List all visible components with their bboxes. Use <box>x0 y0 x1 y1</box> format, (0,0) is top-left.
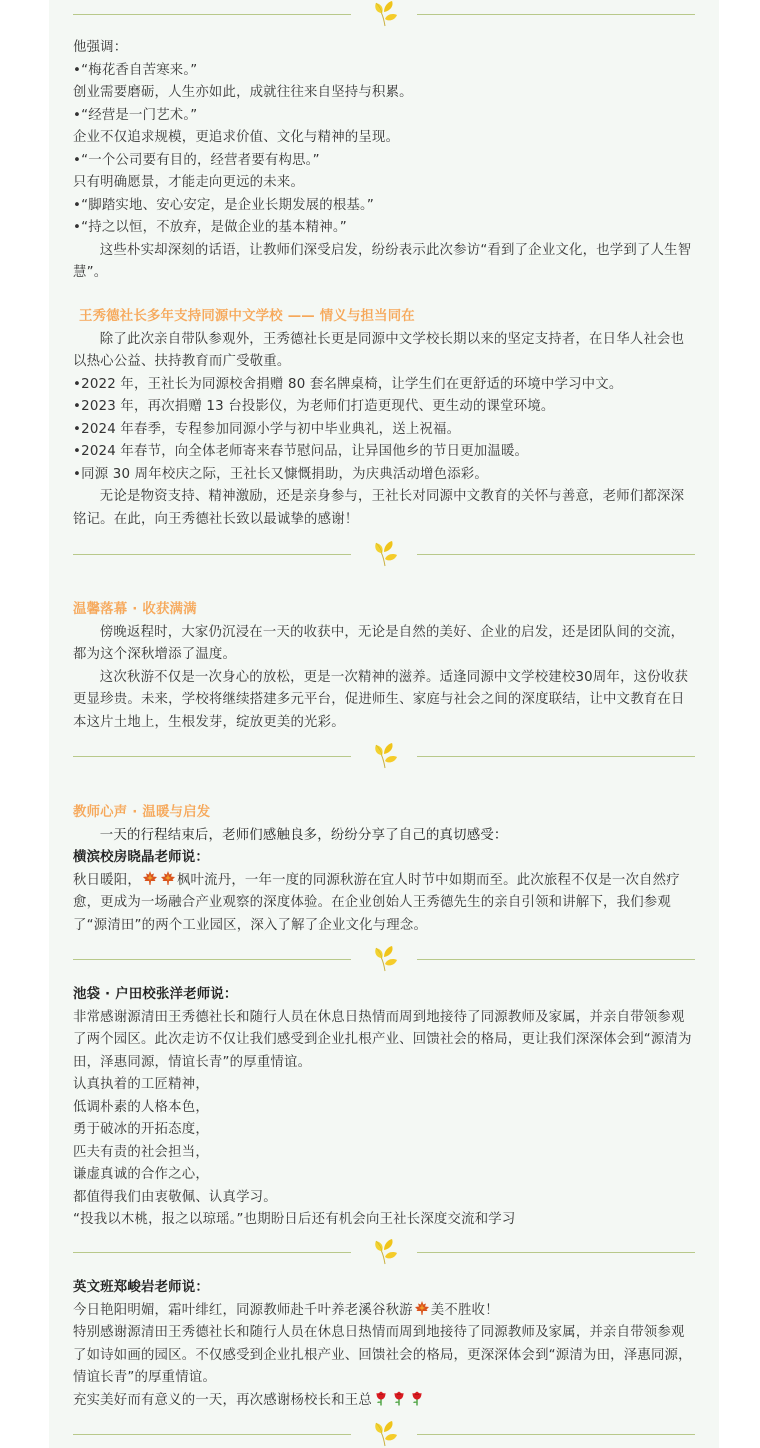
support-item: •2023 年，再次捐赠 13 台投影仪，为老师们打造更现代、更生动的课堂环境。 <box>73 396 695 419</box>
testimonial-text: 美不胜收！ <box>431 1303 499 1318</box>
divider-line <box>417 959 695 960</box>
closing-paragraph-2: 这次秋游不仅是一次身心的放松，更是一次精神的滋养。适逢同源中文学校建校30周年，… <box>73 667 695 735</box>
divider-line <box>73 756 351 757</box>
closing-heading: 温馨落幕 · 收获满满 <box>73 599 695 622</box>
quote-line: •“脚踏实地、安心安定，是企业长期发展的根基。” <box>73 195 695 218</box>
testimonial-line: 今日艳阳明媚，霜叶绯红，同源教师赴千叶养老溪谷秋游美不胜收！ <box>73 1300 695 1323</box>
support-item: •2024 年春季，专程参加同源小学与初中毕业典礼，送上祝福。 <box>73 419 695 442</box>
teacher2-section: 池袋 · 户田校张洋老师说： 非常感谢源清田王秀德社长和随行人员在休息日热情而周… <box>73 984 695 1232</box>
rose-emoji-icon <box>391 1390 407 1406</box>
rose-emoji-icon <box>409 1390 425 1406</box>
divider-line <box>417 14 695 15</box>
leaf-divider <box>73 945 695 975</box>
quotes-intro: 他强调： <box>73 37 695 60</box>
teacher-name: 横滨校房晓晶老师说： <box>73 847 695 870</box>
leaf-divider <box>73 1238 695 1268</box>
teacher-testimonial: 非常感谢源清田王秀德社长和随行人员在休息日热情而周到地接待了同源教师及家属，并亲… <box>73 1007 695 1075</box>
support-heading: 王秀德社长多年支持同源中文学校 —— 情义与担当同在 <box>73 306 695 329</box>
support-item: •2024 年春节，向全体老师寄来春节慰问品，让异国他乡的节日更加温暖。 <box>73 441 695 464</box>
divider-line <box>417 1252 695 1253</box>
teacher-testimonial: 秋日暖阳，枫叶流丹，一年一度的同源秋游在宜人时节中如期而至。此次旅程不仅是一次自… <box>73 870 695 938</box>
divider-line <box>73 959 351 960</box>
leaf-divider <box>73 540 695 570</box>
support-closing: 无论是物资支持、精神激励，还是亲身参与，王社长对同源中文教育的关怀与善意，老师们… <box>73 486 695 531</box>
yellow-leaf-icon <box>371 742 399 770</box>
maple-leaf-emoji-icon <box>142 870 158 886</box>
quote-line: •“持之以恒，不放弃，是做企业的基本精神。” <box>73 217 695 240</box>
support-item: •同源 30 周年校庆之际，王社长又慷慨捐助，为庆典活动增色添彩。 <box>73 464 695 487</box>
testimonial-line: 都值得我们由衷敬佩、认真学习。 <box>73 1187 695 1210</box>
leaf-divider <box>73 742 695 772</box>
quote-line: •“经营是一门艺术。” <box>73 105 695 128</box>
testimonial-text: 今日艳阳明媚，霜叶绯红，同源教师赴千叶养老溪谷秋游 <box>73 1303 413 1318</box>
testimonial-line: 勇于破冰的开拓态度， <box>73 1119 695 1142</box>
yellow-leaf-icon <box>371 540 399 568</box>
teachers-section: 教师心声 · 温暖与启发 一天的行程结束后，老师们感触良多，纷纷分享了自己的真切… <box>73 802 695 937</box>
rose-emoji-icon <box>373 1390 389 1406</box>
divider-line <box>73 1252 351 1253</box>
closing-section: 温馨落幕 · 收获满满 傍晚返程时，大家仍沉浸在一天的收获中，无论是自然的美好、… <box>73 599 695 734</box>
divider-line <box>73 554 351 555</box>
quote-line: •“一个公司要有目的，经营者要有构思。” <box>73 150 695 173</box>
quote-line: 只有明确愿景，才能走向更远的未来。 <box>73 172 695 195</box>
divider-line <box>417 756 695 757</box>
testimonial-line: 认真执着的工匠精神， <box>73 1074 695 1097</box>
quote-line: 创业需要磨砺，人生亦如此，成就往往来自坚持与积累。 <box>73 82 695 105</box>
quote-line: 企业不仅追求规模，更追求价值、文化与精神的呈现。 <box>73 127 695 150</box>
teachers-intro: 一天的行程结束后，老师们感触良多，纷纷分享了自己的真切感受： <box>73 825 695 848</box>
testimonial-text: 秋日暖阳， <box>73 873 141 888</box>
yellow-leaf-icon <box>371 1238 399 1266</box>
leaf-divider <box>73 1420 695 1448</box>
leaf-divider <box>73 0 695 30</box>
testimonial-line: 匹夫有责的社会担当， <box>73 1142 695 1165</box>
divider-line <box>73 1434 351 1435</box>
maple-leaf-emoji-icon <box>160 870 176 886</box>
teacher-name: 英文班郑峻岩老师说： <box>73 1277 695 1300</box>
testimonial-text: 充实美好而有意义的一天，再次感谢杨校长和王总 <box>73 1393 372 1408</box>
support-intro: 除了此次亲自带队参观外，王秀德社长更是同源中文学校长期以来的坚定支持者，在日华人… <box>73 329 695 374</box>
quote-line: •“梅花香自苦寒来。” <box>73 60 695 83</box>
yellow-leaf-icon <box>371 945 399 973</box>
maple-leaf-emoji-icon <box>414 1300 430 1316</box>
article-card: 他强调： •“梅花香自苦寒来。” 创业需要磨砺，人生亦如此，成就往往来自坚持与积… <box>49 0 719 1448</box>
testimonial-line: 充实美好而有意义的一天，再次感谢杨校长和王总 <box>73 1390 695 1413</box>
testimonial-line: 低调朴素的人格本色， <box>73 1097 695 1120</box>
teachers-heading: 教师心声 · 温暖与启发 <box>73 802 695 825</box>
yellow-leaf-icon <box>371 0 399 28</box>
divider-line <box>417 1434 695 1435</box>
testimonial-line: “投我以木桃，报之以琼瑶。”也期盼日后还有机会向王社长深度交流和学习 <box>73 1209 695 1232</box>
support-section: 王秀德社长多年支持同源中文学校 —— 情义与担当同在 除了此次亲自带队参观外，王… <box>73 306 695 531</box>
testimonial-line: 谦虚真诚的合作之心， <box>73 1164 695 1187</box>
quotes-section: 他强调： •“梅花香自苦寒来。” 创业需要磨砺，人生亦如此，成就往往来自坚持与积… <box>73 37 695 285</box>
divider-line <box>73 14 351 15</box>
teacher-testimonial: 特别感谢源清田王秀德社长和随行人员在休息日热情而周到地接待了同源教师及家属，并亲… <box>73 1322 695 1390</box>
divider-line <box>417 554 695 555</box>
teacher-name: 池袋 · 户田校张洋老师说： <box>73 984 695 1007</box>
teacher3-section: 英文班郑峻岩老师说： 今日艳阳明媚，霜叶绯红，同源教师赴千叶养老溪谷秋游美不胜收… <box>73 1277 695 1412</box>
support-item: •2022 年，王社长为同源校舍捐赠 80 套名牌桌椅，让学生们在更舒适的环境中… <box>73 374 695 397</box>
yellow-leaf-icon <box>371 1420 399 1448</box>
quotes-closing: 这些朴实却深刻的话语，让教师们深受启发，纷纷表示此次参访“看到了企业文化，也学到… <box>73 240 695 285</box>
closing-paragraph-1: 傍晚返程时，大家仍沉浸在一天的收获中，无论是自然的美好、企业的启发，还是团队间的… <box>73 622 695 667</box>
